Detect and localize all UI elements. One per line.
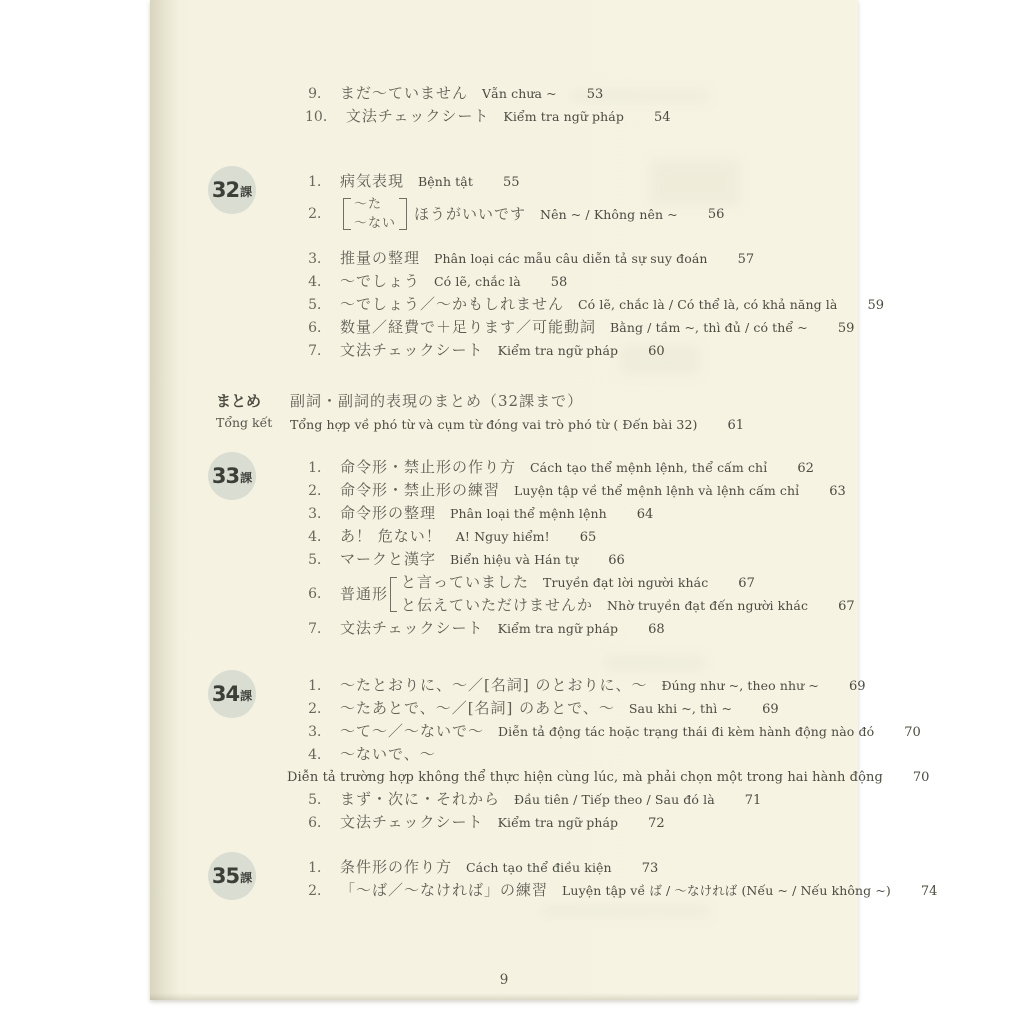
item-page-ref: 68 xyxy=(648,622,665,637)
lesson-number: 34 xyxy=(212,684,239,705)
page-folio: 9 xyxy=(150,972,858,988)
item-page-ref: 56 xyxy=(708,207,725,222)
section-lesson33: 33 課 1． 命令形・禁止形の作り方 Cách tạo thể mệnh lệ… xyxy=(150,460,858,644)
item-page-ref: 65 xyxy=(580,530,597,545)
toc-row: 4． 〜ないで、〜 xyxy=(305,747,858,763)
item-number: 3． xyxy=(305,507,331,522)
item-page-ref: 67 xyxy=(838,599,855,614)
lesson-33-badge: 33 課 xyxy=(208,452,256,500)
item-japanese: 命令形・禁止形の練習 xyxy=(340,483,500,498)
item-number: 2． xyxy=(305,884,331,899)
toc-row: 5． 〜でしょう／〜かもしれません Có lẽ, chắc là / Có th… xyxy=(305,297,858,313)
item-page-ref: 57 xyxy=(738,252,755,267)
item-number: 2． xyxy=(305,207,331,222)
toc-row: 4． あ！ 危ない！ A! Nguy hiểm! 65 xyxy=(305,529,858,545)
toc-row: 9． まだ〜ていません Vẫn chưa ~ 53 xyxy=(305,86,858,102)
lesson-34-badge: 34 課 xyxy=(208,670,256,718)
item-number: 1． xyxy=(305,861,331,876)
item-japanese: 〜たあとで、〜／[名詞] のあとで、〜 xyxy=(340,701,615,716)
item-vietnamese: Diễn tả động tác hoặc trạng thái đi kèm … xyxy=(498,724,874,739)
page-bleedthrough xyxy=(605,655,705,671)
item-number: 1． xyxy=(305,461,331,476)
item-japanese: 数量／経費で＋足ります／可能動詞 xyxy=(340,320,596,335)
matome-title-japanese: 副詞・副詞的表現のまとめ（32課まで） xyxy=(290,390,858,411)
item-vietnamese: Đúng như ~, theo như ~ xyxy=(661,678,818,693)
lesson-number: 33 xyxy=(212,466,239,487)
item-japanese: まだ〜ていません xyxy=(340,86,468,101)
toc-row: 1． 病気表現 Bệnh tật 55 xyxy=(305,174,858,190)
bracket-line: と言っていました Truyền đạt lời người khác 67 xyxy=(401,575,855,591)
toc-row: 7． 文法チェックシート Kiểm tra ngữ pháp 60 xyxy=(305,343,858,359)
item-page-ref: 62 xyxy=(797,461,814,476)
item-vietnamese: Bệnh tật xyxy=(418,174,473,189)
bracket-line: と伝えていただけませんか Nhờ truyền đạt đến người kh… xyxy=(401,598,855,614)
item-number: 1． xyxy=(305,175,331,190)
item-japanese: 命令形の整理 xyxy=(340,506,436,521)
badge-column-spacer xyxy=(150,86,305,132)
toc-row-bracket: 6． 普通形 と言っていました Truyền đạt lời người khá… xyxy=(305,575,858,614)
item-vietnamese: Luyện tập về thể mệnh lệnh và lệnh cấm c… xyxy=(514,483,799,498)
toc-row: 1． 〜たとおりに、〜／[名詞] のとおりに、〜 Đúng như ~, the… xyxy=(305,678,858,694)
item-page-ref: 55 xyxy=(503,175,520,190)
toc-row: 3． 推量の整理 Phân loại các mẫu câu diễn tả s… xyxy=(305,251,858,267)
item-page-ref: 72 xyxy=(648,816,665,831)
item-japanese: マークと漢字 xyxy=(340,552,436,567)
item-number: 5． xyxy=(305,298,331,313)
item-number: 6． xyxy=(305,816,331,831)
toc-row: 5． マークと漢字 Biển hiệu và Hán tự 66 xyxy=(305,552,858,568)
bracket-lines: と言っていました Truyền đạt lời người khác 67 と伝… xyxy=(401,575,855,614)
item-number: 3． xyxy=(305,725,331,740)
item-vietnamese: Kiểm tra ngữ pháp xyxy=(498,621,619,636)
item-vietnamese: Nhờ truyền đạt đến người khác xyxy=(607,598,808,613)
matome-label-vietnamese: Tổng kết xyxy=(216,415,290,430)
item-vietnamese: Kiểm tra ngữ pháp xyxy=(498,343,619,358)
item-page-ref: 69 xyxy=(849,679,866,694)
item-page-ref: 63 xyxy=(829,484,846,499)
item-number: 4． xyxy=(305,530,331,545)
item-page-ref: 73 xyxy=(642,861,659,876)
item-vietnamese: Có lẽ, chắc là xyxy=(434,274,521,289)
item-page-ref: 54 xyxy=(654,110,671,125)
option-top: 〜た xyxy=(354,197,396,212)
section-lesson34: 34 課 1． 〜たとおりに、〜／[名詞] のとおりに、〜 Đúng như ~… xyxy=(150,678,858,838)
lesson-number: 32 xyxy=(212,180,239,201)
lesson-number: 35 xyxy=(212,866,239,887)
item-page-ref: 67 xyxy=(738,576,755,591)
item-vietnamese: Kiểm tra ngữ pháp xyxy=(503,109,624,124)
toc-row: 1． 条件形の作り方 Cách tạo thể điều kiện 73 xyxy=(305,860,858,876)
item-japanese: 推量の整理 xyxy=(340,251,420,266)
toc-row: 6． 数量／経費で＋足ります／可能動詞 Bằng / tầm ~, thì đủ… xyxy=(305,320,858,336)
item-japanese: 文法チェックシート xyxy=(340,621,484,636)
item-page-ref: 66 xyxy=(608,553,625,568)
section-matome: まとめ Tổng kết 副詞・副詞的表現のまとめ（32課まで） Tổng hợ… xyxy=(150,390,858,433)
item-vietnamese: A! Nguy hiểm! xyxy=(456,529,550,544)
item-japanese: 〜て〜／〜ないで〜 xyxy=(340,724,484,739)
toc-row: 2． 〜たあとで、〜／[名詞] のあとで、〜 Sau khi ~, thì ~ … xyxy=(305,701,858,717)
lesson-kanji: 課 xyxy=(240,872,252,884)
item-page-ref: 53 xyxy=(587,87,604,102)
toc-row: 1． 命令形・禁止形の作り方 Cách tạo thể mệnh lệnh, t… xyxy=(305,460,858,476)
toc-row: 6． 文法チェックシート Kiểm tra ngữ pháp 72 xyxy=(305,815,858,831)
item-page-ref: 60 xyxy=(648,344,665,359)
lesson-35-badge: 35 課 xyxy=(208,852,256,900)
book-page: 9． まだ〜ていません Vẫn chưa ~ 53 10． 文法チェックシート … xyxy=(150,0,858,1000)
item-vietnamese: Cách tạo thể mệnh lệnh, thể cấm chỉ xyxy=(530,460,767,475)
item-japanese: 文法チェックシート xyxy=(340,343,484,358)
item-japanese: ほうがいいです xyxy=(414,207,526,222)
toc-row: 5． まず・次に・それから Đầu tiên / Tiếp theo / Sau… xyxy=(305,792,858,808)
item-vietnamese: Phân loại các mẫu câu diễn tả sự suy đoá… xyxy=(434,251,708,266)
item-number: 7． xyxy=(305,622,331,637)
item-vietnamese: Phân loại thể mệnh lệnh xyxy=(450,506,607,521)
bracket-close-icon xyxy=(399,198,407,230)
item-japanese: 〜ないで、〜 xyxy=(340,747,436,762)
item-japanese: 〜でしょう xyxy=(340,274,420,289)
item-number: 2． xyxy=(305,484,331,499)
item-number: 3． xyxy=(305,252,331,267)
toc-row-bracket: 2． 〜た 〜ない ほうがいいです Nên ~ / Không nên ~ 56 xyxy=(305,197,858,231)
toc-row: 10． 文法チェックシート Kiểm tra ngữ pháp 54 xyxy=(305,109,858,125)
toc-row: 3． 命令形の整理 Phân loại thể mệnh lệnh 64 xyxy=(305,506,858,522)
item-japanese: 文法チェックシート xyxy=(340,815,484,830)
item-number: 7． xyxy=(305,344,331,359)
matome-body: 副詞・副詞的表現のまとめ（32課まで） Tổng hợp về phó từ v… xyxy=(290,390,858,433)
item-number: 6． xyxy=(305,587,331,602)
item-number: 5． xyxy=(305,553,331,568)
item-vietnamese: Đầu tiên / Tiếp theo / Sau đó là xyxy=(514,792,715,807)
badge-column: 33 課 xyxy=(150,460,305,644)
item-japanese: 〜でしょう／〜かもしれません xyxy=(340,297,564,312)
item-page-ref: 61 xyxy=(728,418,745,433)
item-vietnamese: Vẫn chưa ~ xyxy=(482,86,557,101)
item-number: 10． xyxy=(305,110,337,125)
item-vietnamese: Biển hiệu và Hán tự xyxy=(450,552,578,567)
item-number: 4． xyxy=(305,275,331,290)
lesson-kanji: 課 xyxy=(240,690,252,702)
item-page-ref: 71 xyxy=(745,793,762,808)
item-number: 1． xyxy=(305,679,331,694)
toc-row: 7． 文法チェックシート Kiểm tra ngữ pháp 68 xyxy=(305,621,858,637)
item-number: 6． xyxy=(305,321,331,336)
bracket-open-icon xyxy=(390,577,397,612)
toc-row: 4． 〜でしょう Có lẽ, chắc là 58 xyxy=(305,274,858,290)
item-japanese: 「〜ば／〜なければ」の練習 xyxy=(340,883,548,898)
item-japanese: 文法チェックシート xyxy=(346,109,490,124)
bracket-open-icon xyxy=(343,198,351,230)
item-page-ref: 74 xyxy=(921,884,938,899)
item-japanese: あ！ 危ない！ xyxy=(340,529,442,544)
item-japanese: 条件形の作り方 xyxy=(340,860,452,875)
section-lesson35: 35 課 1． 条件形の作り方 Cách tạo thể điều kiện 7… xyxy=(150,860,858,906)
toc-row: 2． 「〜ば／〜なければ」の練習 Luyện tập về ば / 〜なければ … xyxy=(305,883,858,899)
page-bleedthrough xyxy=(540,905,710,917)
option-stack: 〜た 〜ない xyxy=(354,197,396,231)
matome-label: まとめ Tổng kết xyxy=(150,390,290,433)
item-page-ref: 58 xyxy=(551,275,568,290)
item-number: 4． xyxy=(305,748,331,763)
item-japanese-prefix: 普通形 xyxy=(340,587,388,602)
item-vietnamese: Có lẽ, chắc là / Có thể là, có khả năng … xyxy=(578,297,837,312)
item-vietnamese: Kiểm tra ngữ pháp xyxy=(498,815,619,830)
item-japanese: と伝えていただけませんか xyxy=(401,598,593,613)
lesson-kanji: 課 xyxy=(240,186,252,198)
item-vietnamese: Diễn tả trường hợp không thể thực hiện c… xyxy=(287,770,883,785)
badge-column: 32 課 xyxy=(150,174,305,366)
option-bottom: 〜ない xyxy=(354,216,396,231)
item-vietnamese: Luyện tập về ば / 〜なければ (Nếu ~ / Nếu khôn… xyxy=(562,883,891,898)
matome-title-line: Tổng hợp về phó từ và cụm từ đóng vai tr… xyxy=(290,417,858,433)
item-number: 5． xyxy=(305,793,331,808)
item-number: 2． xyxy=(305,702,331,717)
item-japanese: 命令形・禁止形の作り方 xyxy=(340,460,516,475)
toc-row: 2． 命令形・禁止形の練習 Luyện tập về thể mệnh lệnh… xyxy=(305,483,858,499)
item-page-ref: 59 xyxy=(838,321,855,336)
toc-row-continuation: Diễn tả trường hợp không thể thực hiện c… xyxy=(287,770,858,785)
item-japanese: 病気表現 xyxy=(340,174,404,189)
section-lesson32: 32 課 1． 病気表現 Bệnh tật 55 2． 〜た 〜ない ほうがいい… xyxy=(150,174,858,366)
item-vietnamese: Truyền đạt lời người khác xyxy=(543,575,708,590)
lesson-kanji: 課 xyxy=(240,472,252,484)
item-page-ref: 59 xyxy=(867,298,884,313)
matome-label-japanese: まとめ xyxy=(216,390,290,411)
item-page-ref: 70 xyxy=(904,725,921,740)
item-japanese: まず・次に・それから xyxy=(340,792,500,807)
item-japanese: 〜たとおりに、〜／[名詞] のとおりに、〜 xyxy=(340,678,647,693)
badge-column: 35 課 xyxy=(150,860,305,906)
item-vietnamese: Cách tạo thể điều kiện xyxy=(466,860,612,875)
matome-title-vietnamese: Tổng hợp về phó từ và cụm từ đóng vai tr… xyxy=(290,417,698,432)
item-page-ref: 69 xyxy=(762,702,779,717)
item-page-ref: 70 xyxy=(913,770,930,785)
lesson-32-badge: 32 課 xyxy=(208,166,256,214)
toc-row: 3． 〜て〜／〜ないで〜 Diễn tả động tác hoặc trạng… xyxy=(305,724,858,740)
item-vietnamese: Nên ~ / Không nên ~ xyxy=(540,207,678,222)
item-vietnamese: Bằng / tầm ~, thì đủ / có thể ~ xyxy=(610,320,808,335)
item-vietnamese: Sau khi ~, thì ~ xyxy=(629,701,732,716)
item-number: 9． xyxy=(305,87,331,102)
section-lesson31-tail: 9． まだ〜ていません Vẫn chưa ~ 53 10． 文法チェックシート … xyxy=(150,86,858,132)
item-page-ref: 64 xyxy=(637,507,654,522)
item-japanese: と言っていました xyxy=(401,575,529,590)
badge-column: 34 課 xyxy=(150,678,305,838)
